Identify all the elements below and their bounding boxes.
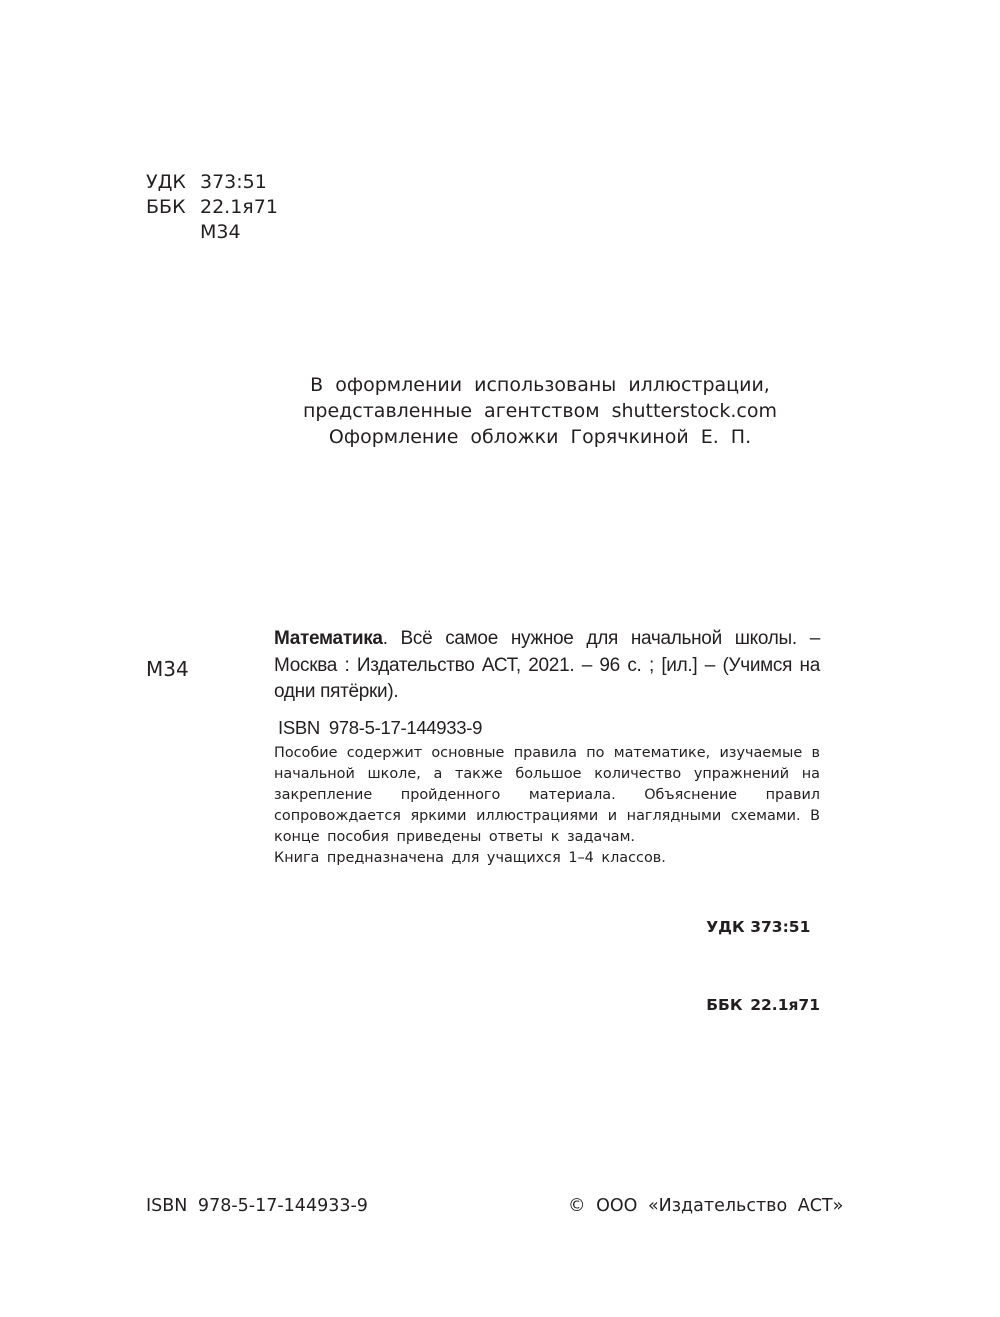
credits-line: В оформлении использованы иллюстрации, xyxy=(290,372,790,398)
udk-value: 373:51 xyxy=(200,171,267,193)
bbk-row: ББК22.1я71 xyxy=(706,992,820,1018)
bib-isbn: ISBN 978-5-17-144933-9 xyxy=(274,715,820,742)
abstract: Пособие содержит основные правила по мат… xyxy=(274,743,820,869)
bib-description: Математика. Всё самое нужное для начальн… xyxy=(274,626,820,706)
abstract-paragraph: Пособие содержит основные правила по мат… xyxy=(274,743,820,848)
bibliographic-record: Математика. Всё самое нужное для начальн… xyxy=(274,626,820,741)
author-mark: М34 xyxy=(146,220,278,245)
bbk-label: ББК xyxy=(706,992,750,1018)
classification-bottom: УДК373:51 ББК22.1я71 xyxy=(706,862,820,1044)
udk-value: 373:51 xyxy=(750,918,810,936)
credits-line: Оформление обложки Горячкиной Е. П. xyxy=(290,424,790,450)
udk-label: УДК xyxy=(706,914,750,940)
bbk-value: 22.1я71 xyxy=(750,996,820,1014)
bbk-label: ББК xyxy=(146,195,200,220)
udk-row: УДК373:51 xyxy=(146,170,278,195)
udk-row: УДК373:51 xyxy=(706,914,820,940)
credits-line: представленные агентством shutterstock.c… xyxy=(290,398,790,424)
footer-copyright: © ООО «Издательство АСТ» xyxy=(568,1195,843,1217)
bbk-value: 22.1я71 xyxy=(200,196,278,218)
bib-author-mark: М34 xyxy=(146,656,189,682)
footer-isbn: ISBN 978-5-17-144933-9 xyxy=(146,1195,368,1217)
illustration-credits: В оформлении использованы иллюстрации, п… xyxy=(290,372,790,450)
udk-label: УДК xyxy=(146,170,200,195)
classification-top: УДК373:51 ББК22.1я71 М34 xyxy=(146,170,278,245)
book-title: Математика xyxy=(274,628,383,649)
bbk-row: ББК22.1я71 xyxy=(146,195,278,220)
